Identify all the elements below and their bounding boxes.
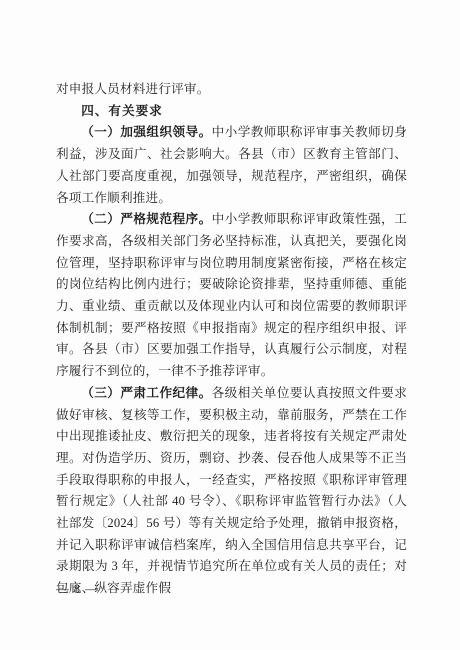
paragraph-2: （二）严格规范程序。中小学教师职称评审政策性强，工作要求高，各级相关部门务必坚持… — [56, 209, 407, 383]
paragraph-1-lead: （一）加强组织领导。 — [81, 125, 211, 139]
page-number: — 8 — — [56, 580, 99, 598]
paragraph-2-lead: （二）严格规范程序。 — [81, 212, 211, 226]
document-text-block: 对申报人员材料进行评审。 四、有关要求 （一）加强组织领导。中小学教师职称评审事… — [56, 79, 407, 600]
paragraph-1: （一）加强组织领导。中小学教师职称评审事关教师切身利益，涉及面广、社会影响大。各… — [56, 122, 407, 209]
paragraph-3-body: 各级相关单位要认真按照文件要求做好审核、复核等工作，要积极主动，靠前服务，严禁在… — [56, 386, 407, 595]
paragraph-2-body: 中小学教师职称评审政策性强，工作要求高，各级相关部门务必坚持标准，认真把关，要强… — [56, 212, 407, 378]
continuation-line: 对申报人员材料进行评审。 — [56, 79, 407, 101]
section-heading: 四、有关要求 — [56, 101, 407, 123]
paragraph-3-lead: （三）严肃工作纪律。 — [81, 386, 211, 400]
document-page: 对申报人员材料进行评审。 四、有关要求 （一）加强组织领导。中小学教师职称评审事… — [0, 0, 460, 650]
paragraph-3: （三）严肃工作纪律。各级相关单位要认真按照文件要求做好审核、复核等工作，要积极主… — [56, 383, 407, 600]
